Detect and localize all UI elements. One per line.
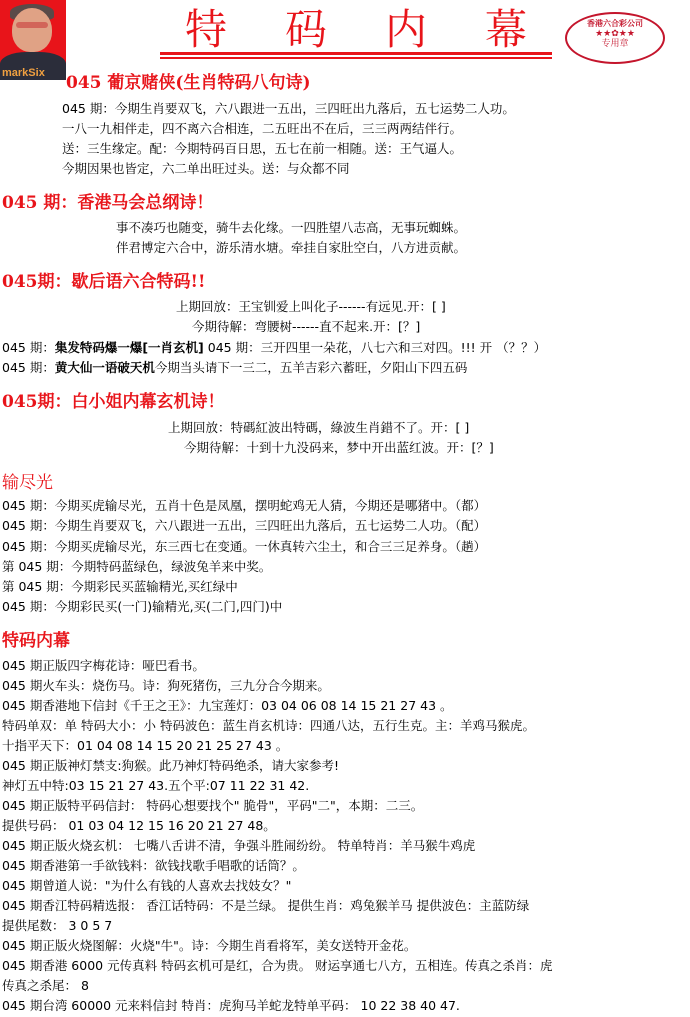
jifa-prefix: 045 期：: [2, 340, 55, 355]
text-line: 神灯五中特:03 15 21 27 43.五个平:07 11 22 31 42.: [2, 776, 309, 795]
jifa-line: 045 期：集发特码爆一爆[一肖玄机] 045 期：三开四里一朵花，八七六和三对…: [2, 338, 546, 357]
photo-face: [12, 8, 52, 52]
text-line: 045 期曾道人说："为什么有钱的人喜欢去找妓女？": [2, 876, 291, 895]
text-line: 045 期正版特平码信封： 特码心想要找个" 脆骨"，平码"二"，本期：二三。: [2, 796, 423, 815]
stamp-arc-text: 香港六合彩公司: [567, 18, 663, 29]
riddle-line: 今期待解：弯腰树------直不起来.开：[？]: [192, 317, 420, 336]
stamp-stars-icon: ★★✿★★: [567, 29, 663, 39]
text-line: 提供尾数： 3 0 5 7: [2, 916, 112, 935]
text-line: 045 期：今期生肖要双飞，六八跟进一五出，三四旺出九落后，五七运势二人功。（配…: [2, 516, 486, 535]
text-line: 045 期香港地下信封《千王之王》：九宝莲灯：03 04 06 08 14 15…: [2, 696, 453, 715]
title-char: 码: [285, 0, 327, 57]
text-line: 045 期香港 6000 元传真料 特码玄机可是红，合为贵。 财运享通七八方，五…: [2, 956, 553, 975]
poem-line: 事不凑巧也随变，骑牛去化缘。一四胜望八志高，无事玩蜘蛛。: [116, 218, 466, 237]
text-line: 提供号码： 01 03 04 12 15 16 20 21 27 48。: [2, 816, 276, 835]
text-line: 传真之杀尾： 8: [2, 976, 89, 995]
jifa-rest: 045 期：三开四里一朵花，八七六和三对四。!!! 开 （？？）: [204, 340, 546, 355]
section-heading-xianggang: 045 期：香港马会总纲诗！: [2, 188, 213, 213]
poem-line: 伴君博定六合中，游乐清水塘。牵挂自家肚空白，八方进贡献。: [116, 238, 466, 257]
text-line: 特码单双：单 特码大小：小 特码波色：蓝生肖玄机诗：四通八达，五行生克。主：羊鸡…: [2, 716, 535, 735]
huangdaxian-line: 045 期：黄大仙一语破天机今期当头请下一三二，五羊吉彩六蓄旺，夕阳山下四五码: [2, 358, 467, 377]
text-line: 045 期台湾 60000 元来料信封 特肖：虎狗马羊蛇龙特单平码： 10 22…: [2, 996, 460, 1015]
riddle-line: 上期回放：王宝钏爱上叫化子------有远见.开：[ ]: [176, 297, 446, 316]
page-title: 特 码 内 幕: [160, 2, 552, 52]
host-photo: markSix: [0, 0, 66, 80]
text-line: 045 期：今期彩民买(一门)输精光,买(二门,四门)中: [2, 597, 282, 616]
text-line: 第 045 期：今期彩民买蓝输精光,买红绿中: [2, 577, 238, 596]
poem-line: 一八一九相伴走，四不离六合相连，二五旺出不在后，三三两两结伴行。: [62, 119, 462, 138]
text-line: 045 期：今期买虎输尽光，东三西七在变通。一休真转六尘土，和合三三足养身。（趟…: [2, 537, 486, 556]
title-underline-2: [160, 57, 552, 59]
huangdaxian-prefix: 045 期：: [2, 360, 55, 375]
section-heading-putao: 045 葡京赌侠(生肖特码八句诗): [66, 68, 311, 93]
section-heading-xiehouyu: 045期：歇后语六合特码!!: [2, 267, 205, 292]
text-line: 第 045 期：今期特码蓝绿色，绿波兔羊来中奖。: [2, 557, 271, 576]
text-line: 十指平天下：01 04 08 14 15 20 21 25 27 43 。: [2, 736, 288, 755]
title-char: 特: [185, 0, 227, 57]
riddle-line: 今期待解：十到十九没码来，梦中开出蓝红波。开：[？]: [184, 438, 494, 457]
section-heading-baixiaojie: 045期：白小姐内幕玄机诗！: [2, 387, 225, 412]
official-stamp: 香港六合彩公司 ★★✿★★ 专用章: [565, 12, 665, 64]
poem-line: 今期因果也皆定，六二单出旺过头。送：与众都不同: [62, 159, 350, 178]
poem-line: 045 期：今期生肖要双飞，六八跟进一五出，三四旺出九落后，五七运势二人功。: [62, 99, 515, 118]
section-heading-temaneimu: 特码内幕: [2, 626, 70, 651]
text-line: 045 期香港第一手欲钱料：欲钱找歌手唱歌的话筒？。: [2, 856, 305, 875]
title-char: 内: [385, 0, 427, 57]
text-line: 045 期正版火烧图解：火烧"牛"。诗：今期生肖看将军，美女送特开金花。: [2, 936, 416, 955]
text-line: 045 期正版神灯禁支:狗猴。此乃神灯特码绝杀，请大家参考!: [2, 756, 339, 775]
title-underline: [160, 52, 552, 55]
poem-line: 送：三生缘定。配：今期特码百日思，五七在前一相随。送：王气逼人。: [62, 139, 462, 158]
photo-caption: markSix: [2, 67, 45, 79]
photo-glasses: [16, 22, 48, 28]
huangdaxian-rest: 今期当头请下一三二，五羊吉彩六蓄旺，夕阳山下四五码: [155, 360, 468, 375]
stamp-bottom-text: 专用章: [567, 39, 663, 50]
text-line: 045 期正版火烧玄机： 七嘴八舌讲不清，争强斗胜闹纷纷。 特单特肖：羊马猴牛鸡…: [2, 836, 475, 855]
jifa-bold: 集发特码爆一爆[一肖玄机]: [55, 340, 204, 355]
riddle-line: 上期回放：特碼紅波出特碼，綠波生肖錯不了。开：[ ]: [168, 418, 469, 437]
section-heading-shujinguang: 输尽光: [2, 468, 53, 493]
text-line: 045 期正版四字梅花诗：哑巴看书。: [2, 656, 205, 675]
text-line: 045 期香江特码精选报： 香江话特码：不是兰绿。 提供生肖：鸡兔猴羊马 提供波…: [2, 896, 529, 915]
title-char: 幕: [485, 0, 527, 57]
text-line: 045 期火车头：烧伤马。诗：狗死猪伤，三九分合今期来。: [2, 676, 330, 695]
huangdaxian-bold: 黄大仙一语破天机: [55, 360, 155, 375]
text-line: 045 期：今期买虎输尽光，五肖十色是凤凰，摆明蛇鸡无人猜，今期还是哪猪中。（都…: [2, 496, 486, 515]
